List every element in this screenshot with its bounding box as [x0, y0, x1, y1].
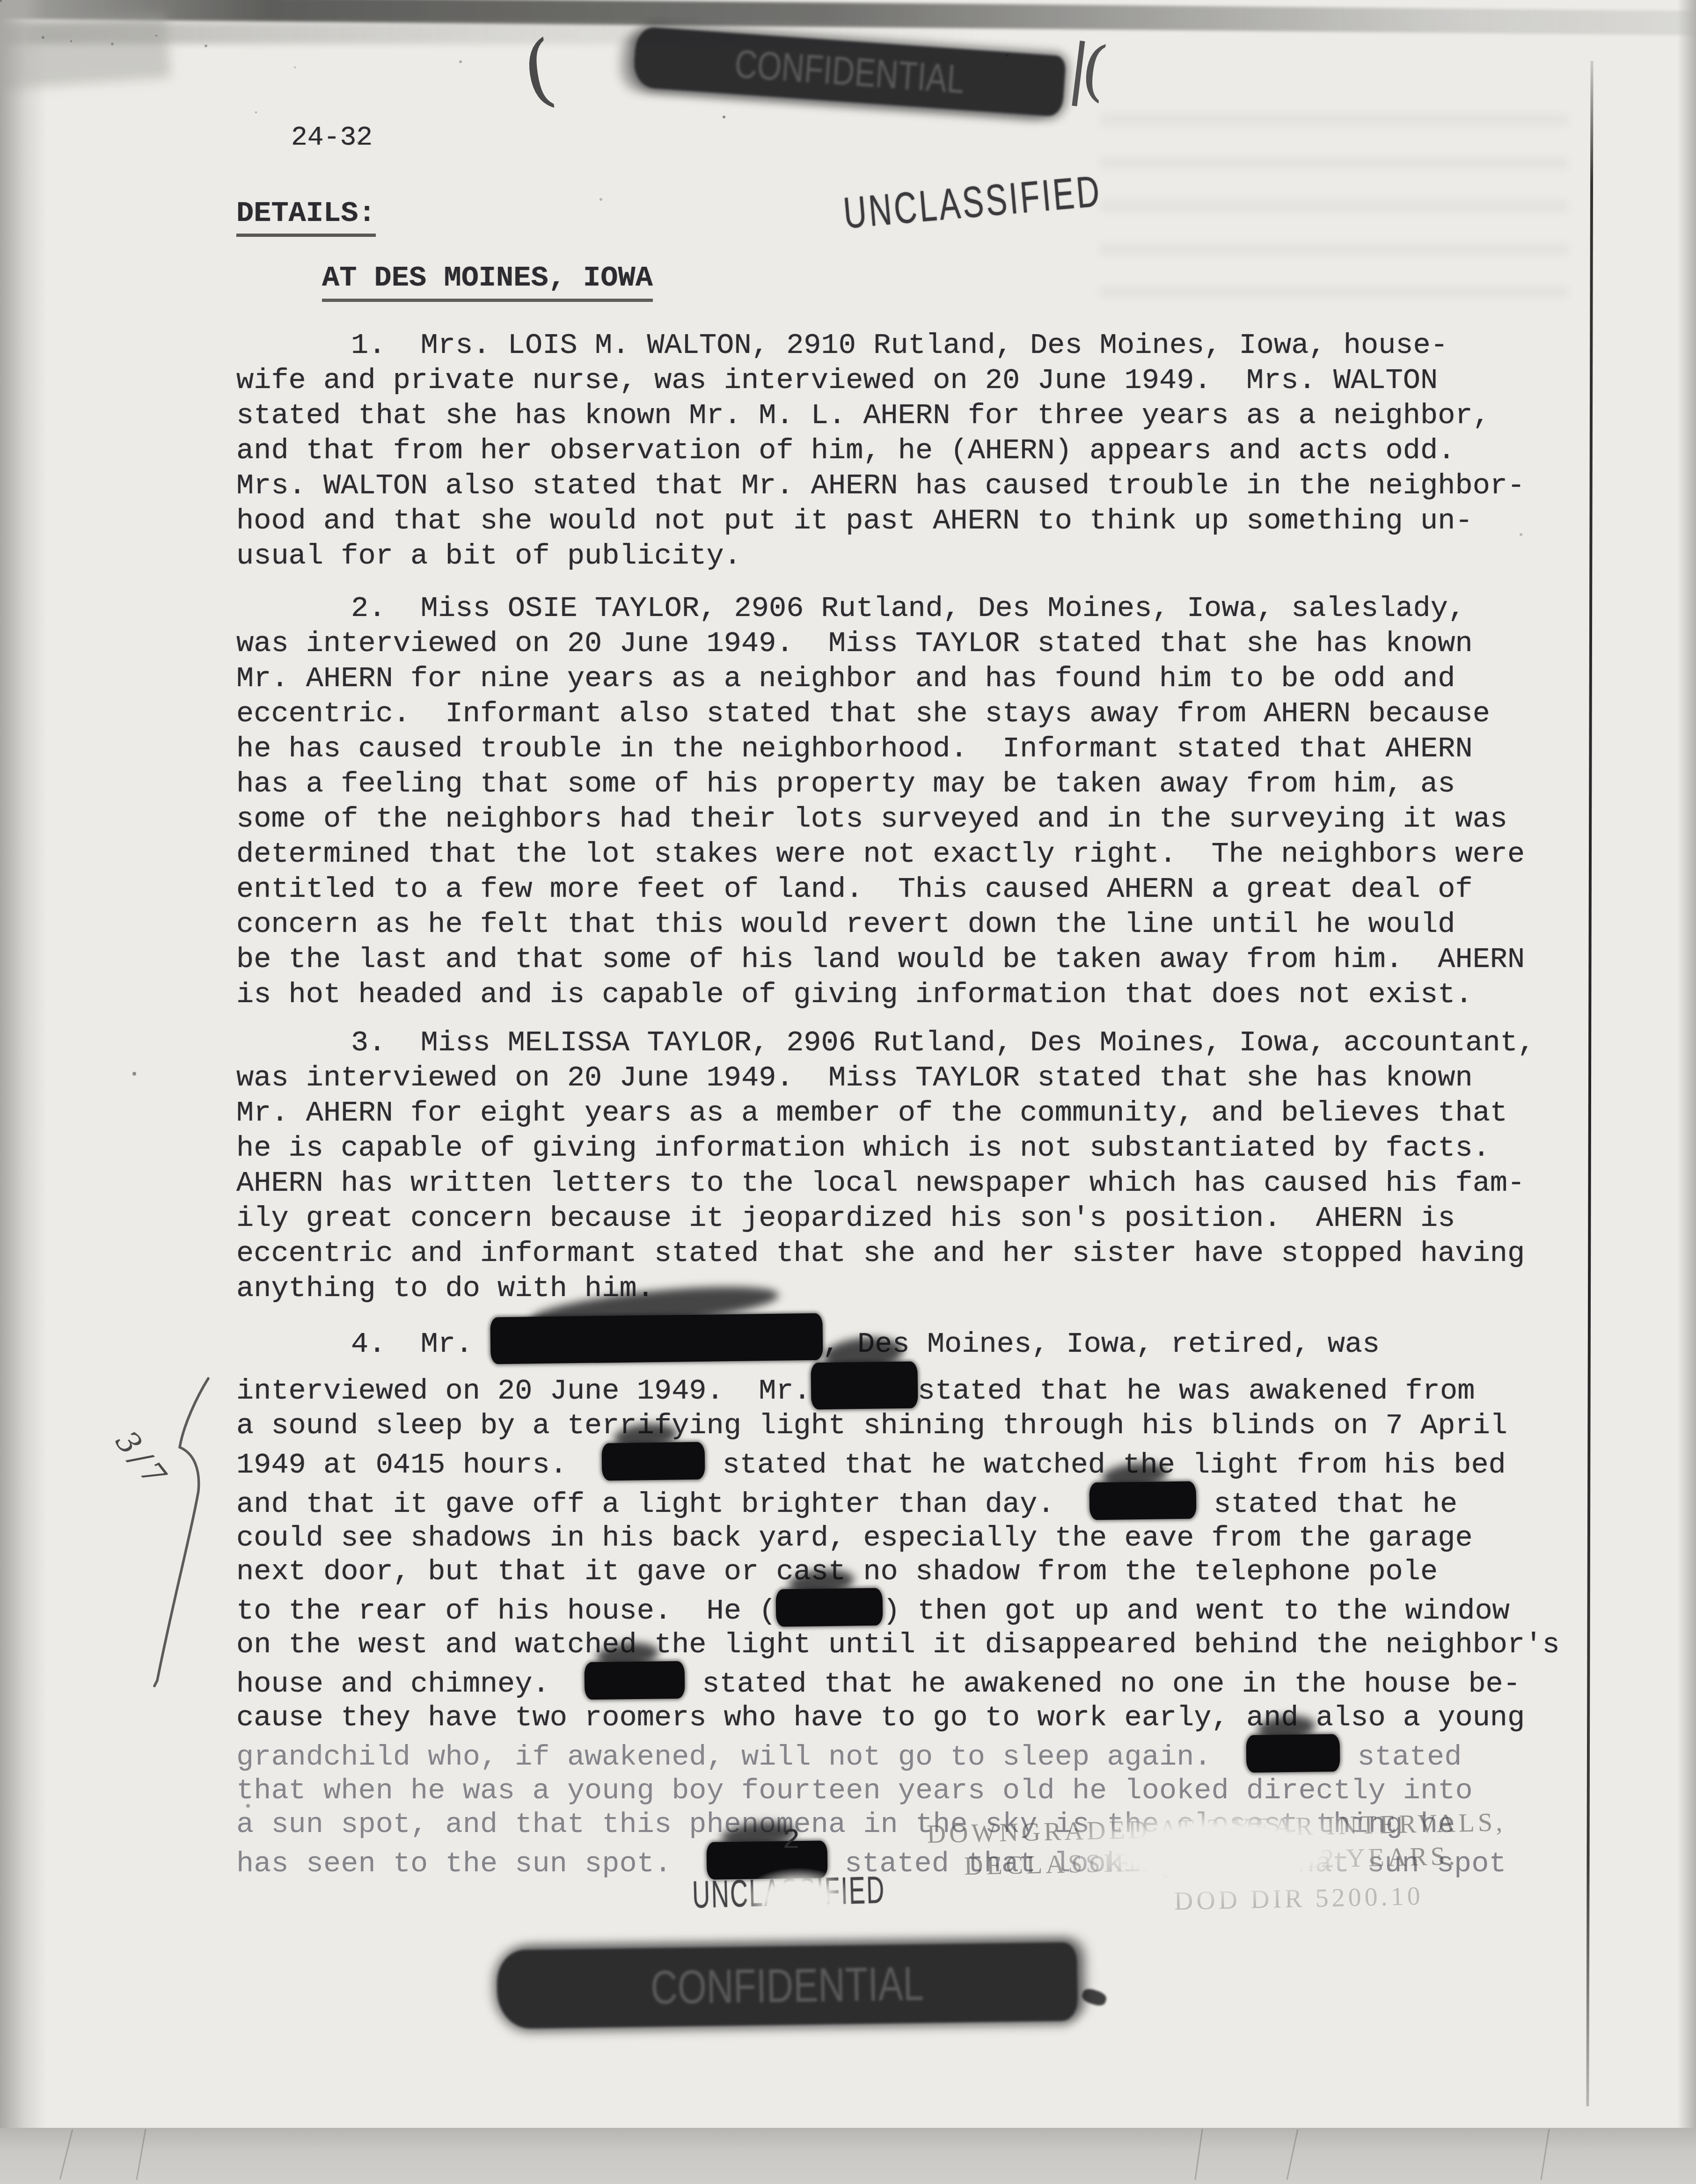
- text-line: stated that she has known Mr. M. L. AHER…: [236, 398, 1603, 433]
- text-line: eccentric. Informant also stated that sh…: [236, 696, 1603, 731]
- text-line: and that it gave off a light brighter th…: [236, 1482, 1603, 1521]
- stamp-fade-wash: [1044, 1802, 1399, 1905]
- text-line: 2. Miss OSIE TAYLOR, 2906 Rutland, Des M…: [236, 591, 1603, 626]
- redaction-mark: [602, 1442, 705, 1481]
- text-line: and that from her observation of him, he…: [236, 433, 1603, 468]
- text-line: entitled to a few more feet of land. Thi…: [236, 872, 1603, 907]
- text-line: some of the neighbors had their lots sur…: [236, 801, 1603, 836]
- stamp-fade-wash-2: [742, 1868, 854, 1928]
- text-line: AHERN has written letters to the local n…: [236, 1165, 1603, 1201]
- redaction-mark: [490, 1313, 823, 1364]
- text-line: usual for a bit of publicity.: [236, 538, 1603, 573]
- paragraph-2: 2. Miss OSIE TAYLOR, 2906 Rutland, Des M…: [236, 591, 1603, 1012]
- confidential-stamp-obliterated-bottom: CONFIDENTIAL: [497, 1942, 1078, 2029]
- paragraph-3: 3. Miss MELISSA TAYLOR, 2906 Rutland, De…: [236, 1025, 1603, 1306]
- confidential-ghost-text-bottom: CONFIDENTIAL: [650, 1956, 924, 2015]
- redaction-mark: [811, 1362, 918, 1410]
- text-line: ily great concern because it jeopardized…: [236, 1201, 1603, 1236]
- text-line: cause they have two roomers who have to …: [236, 1701, 1603, 1735]
- text-line: was interviewed on 20 June 1949. Miss TA…: [236, 1060, 1603, 1095]
- redaction-mark: [585, 1661, 685, 1700]
- text-line: 4. Mr. , Des Moines, Iowa, retired, was: [236, 1315, 1603, 1362]
- text-line: Mr. AHERN for nine years as a neighbor a…: [236, 661, 1603, 696]
- text-line: 1949 at 0415 hours. stated that he watch…: [236, 1443, 1603, 1482]
- text-line: hood and that she would not put it past …: [236, 503, 1603, 538]
- text-line: eccentric and informant stated that she …: [236, 1236, 1603, 1271]
- text-line: Mrs. WALTON also stated that Mr. AHERN h…: [236, 468, 1603, 503]
- scanned-document-page: ( CONFIDENTIAL |( 24-32 DETAILS: UNCLASS…: [0, 0, 1696, 2184]
- text-line: house and chimney. stated that he awaken…: [236, 1662, 1603, 1701]
- paragraph-4: 4. Mr. , Des Moines, Iowa, retired, wasi…: [236, 1315, 1603, 1881]
- text-line: anything to do with him.: [236, 1271, 1603, 1306]
- margin-brace-icon: [131, 1371, 225, 1699]
- text-line: 3. Miss MELISSA TAYLOR, 2906 Rutland, De…: [236, 1025, 1603, 1060]
- paragraph-1: 1. Mrs. LOIS M. WALTON, 2910 Rutland, De…: [236, 328, 1603, 573]
- text-line: next door, but that it gave or cast no s…: [236, 1555, 1603, 1589]
- text-line: could see shadows in his back yard, espe…: [236, 1521, 1603, 1555]
- text-line: concern as he felt that this would rever…: [236, 907, 1603, 942]
- text-line: interviewed on 20 June 1949. Mr.stated t…: [236, 1362, 1603, 1409]
- text-line: to the rear of his house. He () then got…: [236, 1589, 1603, 1628]
- text-line: a sound sleep by a terrifying light shin…: [236, 1409, 1603, 1443]
- text-line: he has caused trouble in the neighborhoo…: [236, 731, 1603, 766]
- scan-bottom-edge: [0, 2128, 1696, 2184]
- text-line: be the last and that some of his land wo…: [236, 942, 1603, 977]
- text-line: Mr. AHERN for eight years as a member of…: [236, 1095, 1603, 1130]
- text-line: he is capable of giving information whic…: [236, 1130, 1603, 1165]
- text-line: 1. Mrs. LOIS M. WALTON, 2910 Rutland, De…: [236, 328, 1603, 363]
- text-line: on the west and watched the light until …: [236, 1628, 1603, 1662]
- text-line: grandchild who, if awakened, will not go…: [236, 1735, 1603, 1774]
- redaction-mark: [1246, 1734, 1340, 1773]
- text-line: determined that the lot stakes were not …: [236, 836, 1603, 872]
- text-line: wife and private nurse, was interviewed …: [236, 363, 1603, 398]
- redaction-mark: [776, 1588, 883, 1627]
- text-line: is hot headed and is capable of giving i…: [236, 977, 1603, 1012]
- redaction-mark: [1089, 1481, 1197, 1520]
- text-line: has a feeling that some of his property …: [236, 766, 1603, 801]
- scan-right-edge: [1677, 0, 1696, 2184]
- text-line: was interviewed on 20 June 1949. Miss TA…: [236, 626, 1603, 661]
- page-number: 2: [782, 1824, 800, 1857]
